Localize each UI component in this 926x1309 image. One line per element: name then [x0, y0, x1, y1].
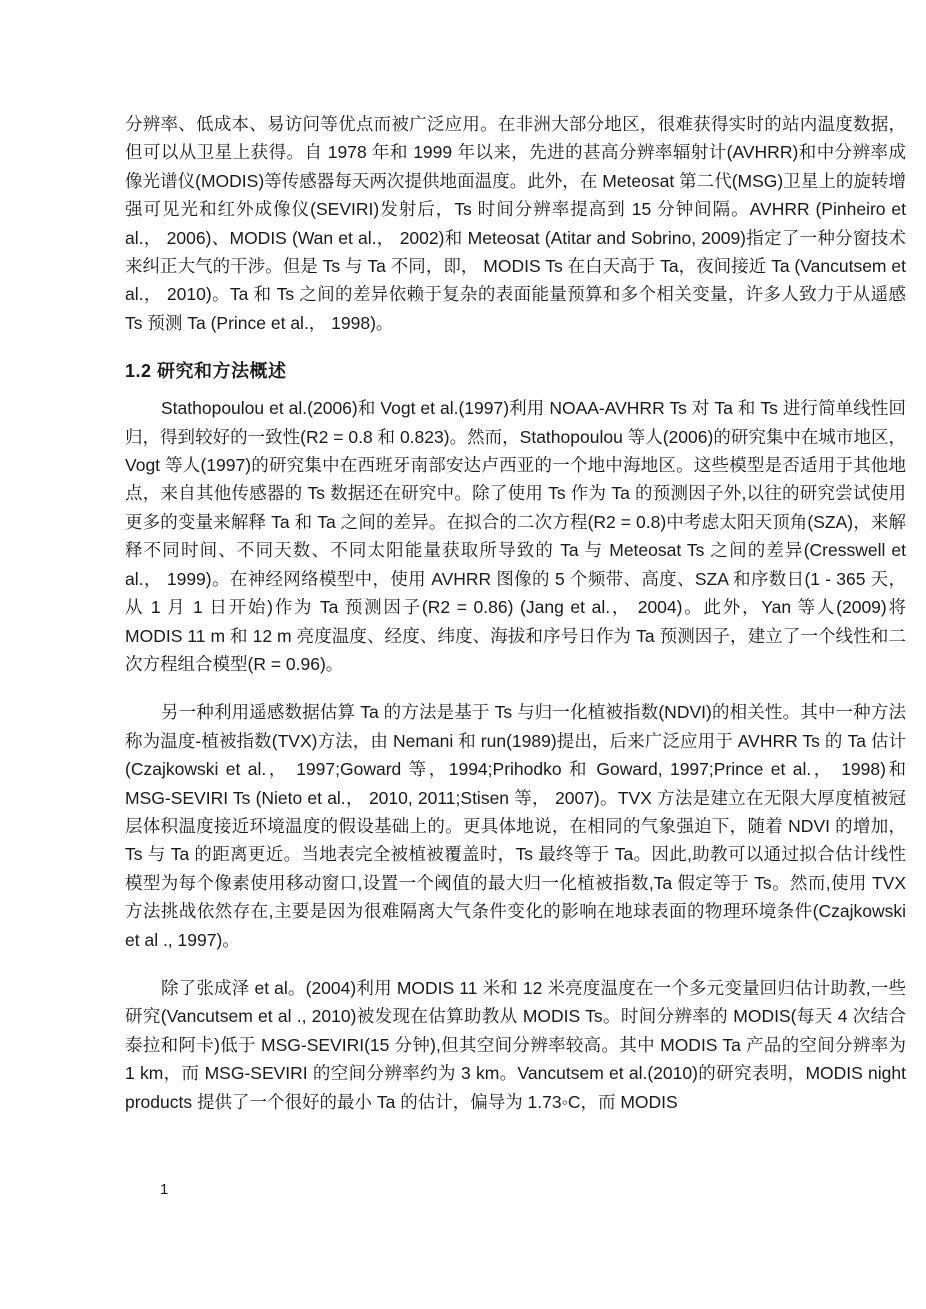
section-heading-1-2: 1.2 研究和方法概述: [125, 357, 906, 385]
paragraph-regression-overview: Stathopoulou et al.(2006)和 Vogt et al.(1…: [125, 394, 906, 678]
paragraph-intro-continued: 分辨率、低成本、易访问等优点而被广泛应用。在非洲大部分地区，很难获得实时的站内温…: [125, 110, 906, 337]
paragraph-modis-comparison: 除了张成泽 et al。(2004)利用 MODIS 11 米和 12 米亮度温…: [125, 974, 906, 1116]
paragraph-tvx-method: 另一种利用遥感数据估算 Ta 的方法是基于 Ts 与归一化植被指数(NDVI)的…: [125, 698, 906, 954]
document-page: 分辨率、低成本、易访问等优点而被广泛应用。在非洲大部分地区，很难获得实时的站内温…: [0, 0, 926, 1309]
page-text-block: 分辨率、低成本、易访问等优点而被广泛应用。在非洲大部分地区，很难获得实时的站内温…: [125, 110, 906, 1136]
page-number: 1: [160, 1180, 168, 1200]
